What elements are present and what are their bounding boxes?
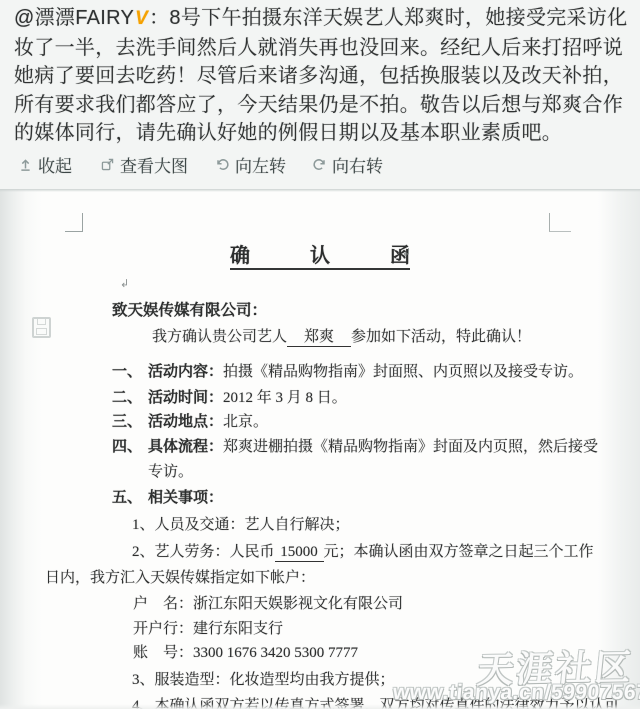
collapse-label: 收起 — [38, 152, 72, 177]
doc-subitem-2: 2、艺人劳务：人民币 15000 元；本确认函由双方签章之日起三个工作 — [132, 540, 594, 561]
rotate-left-label: 向左转 — [235, 152, 286, 177]
doc-account-name: 户 名：浙江东阳天娱影视文化有限公司 — [133, 592, 403, 613]
collapse-button[interactable]: 收起 — [18, 152, 72, 177]
forum-post-screen: @漂漂FAIRYV：8号下午拍摄东洋天娱艺人郑爽时，她接受完采访化妆了一半，去洗… — [0, 0, 640, 709]
fee-amount-underlined: 15000 — [275, 544, 324, 562]
rotate-right-label: 向右转 — [332, 152, 383, 177]
doc-intro-line: 我方确认贵公司艺人 郑爽 参加如下活动，特此确认！ — [152, 325, 531, 346]
rotate-right-icon — [312, 157, 327, 172]
tianya-watermark-url: www.tianya.cn/59907567 — [392, 681, 640, 705]
post-text: @漂漂FAIRYV：8号下午拍摄东洋天娱艺人郑爽时，她接受完采访化妆了一半，去洗… — [14, 4, 628, 148]
save-icon-shutter — [37, 319, 46, 325]
artist-name-underlined: 郑爽 — [287, 329, 351, 347]
doc-bank-branch: 开户行：建行东阳支行 — [133, 617, 283, 638]
save-icon-label-area — [36, 328, 47, 335]
view-large-label: 查看大图 — [120, 152, 188, 177]
doc-item-1: 一、活动内容：拍摄《精品购物指南》封面照、内页照以及接受专访。 — [112, 360, 583, 381]
document-photo[interactable]: 确 认 函 ↲ ↲ 致天娱传媒有限公司： 我方确认贵公司艺人 郑爽 参加如下活动… — [0, 189, 640, 709]
doc-item-2: 二、活动时间：2012 年 3 月 8 日。 — [112, 386, 347, 407]
rotate-left-button[interactable]: 向左转 — [215, 152, 286, 177]
doc-item-5: 五、相关事项： — [112, 486, 223, 507]
rotate-left-icon — [215, 157, 230, 172]
page-corner-mark-left — [65, 213, 83, 232]
doc-subitem-2-continued: 日内，我方汇入天娱传媒指定如下帐户： — [45, 566, 315, 587]
document-title: 确 认 函 — [0, 239, 640, 268]
doc-subitem-3: 3、服装造型：化妆造型均由我方提供； — [132, 668, 395, 689]
page-corner-mark-right — [549, 213, 571, 232]
save-icon — [32, 317, 51, 338]
paragraph-mark: ↲ — [402, 246, 411, 259]
rotate-right-button[interactable]: 向右转 — [312, 152, 383, 177]
view-large-button[interactable]: 查看大图 — [100, 152, 188, 177]
post-author: @漂漂FAIRY — [14, 7, 134, 29]
doc-item-4: 四、具体流程：郑爽进棚拍摄《精品购物指南》封面及内页照，然后接受 — [112, 435, 598, 456]
doc-subitem-1: 1、人员及交通：艺人自行解决； — [132, 513, 350, 534]
doc-account-number: 账 号：3300 1676 3420 5300 7777 — [133, 641, 358, 662]
paragraph-mark: ↲ — [120, 277, 129, 290]
collapse-icon — [18, 157, 33, 172]
doc-salutation: 致天娱传媒有限公司： — [112, 298, 267, 320]
expand-icon — [100, 157, 115, 172]
doc-item-3: 三、活动地点：北京。 — [112, 410, 268, 431]
image-toolbar: 收起 查看大图 向左转 向右转 — [0, 152, 640, 180]
doc-item-4-continued: 专访。 — [148, 460, 193, 481]
verified-icon: V — [134, 5, 149, 34]
